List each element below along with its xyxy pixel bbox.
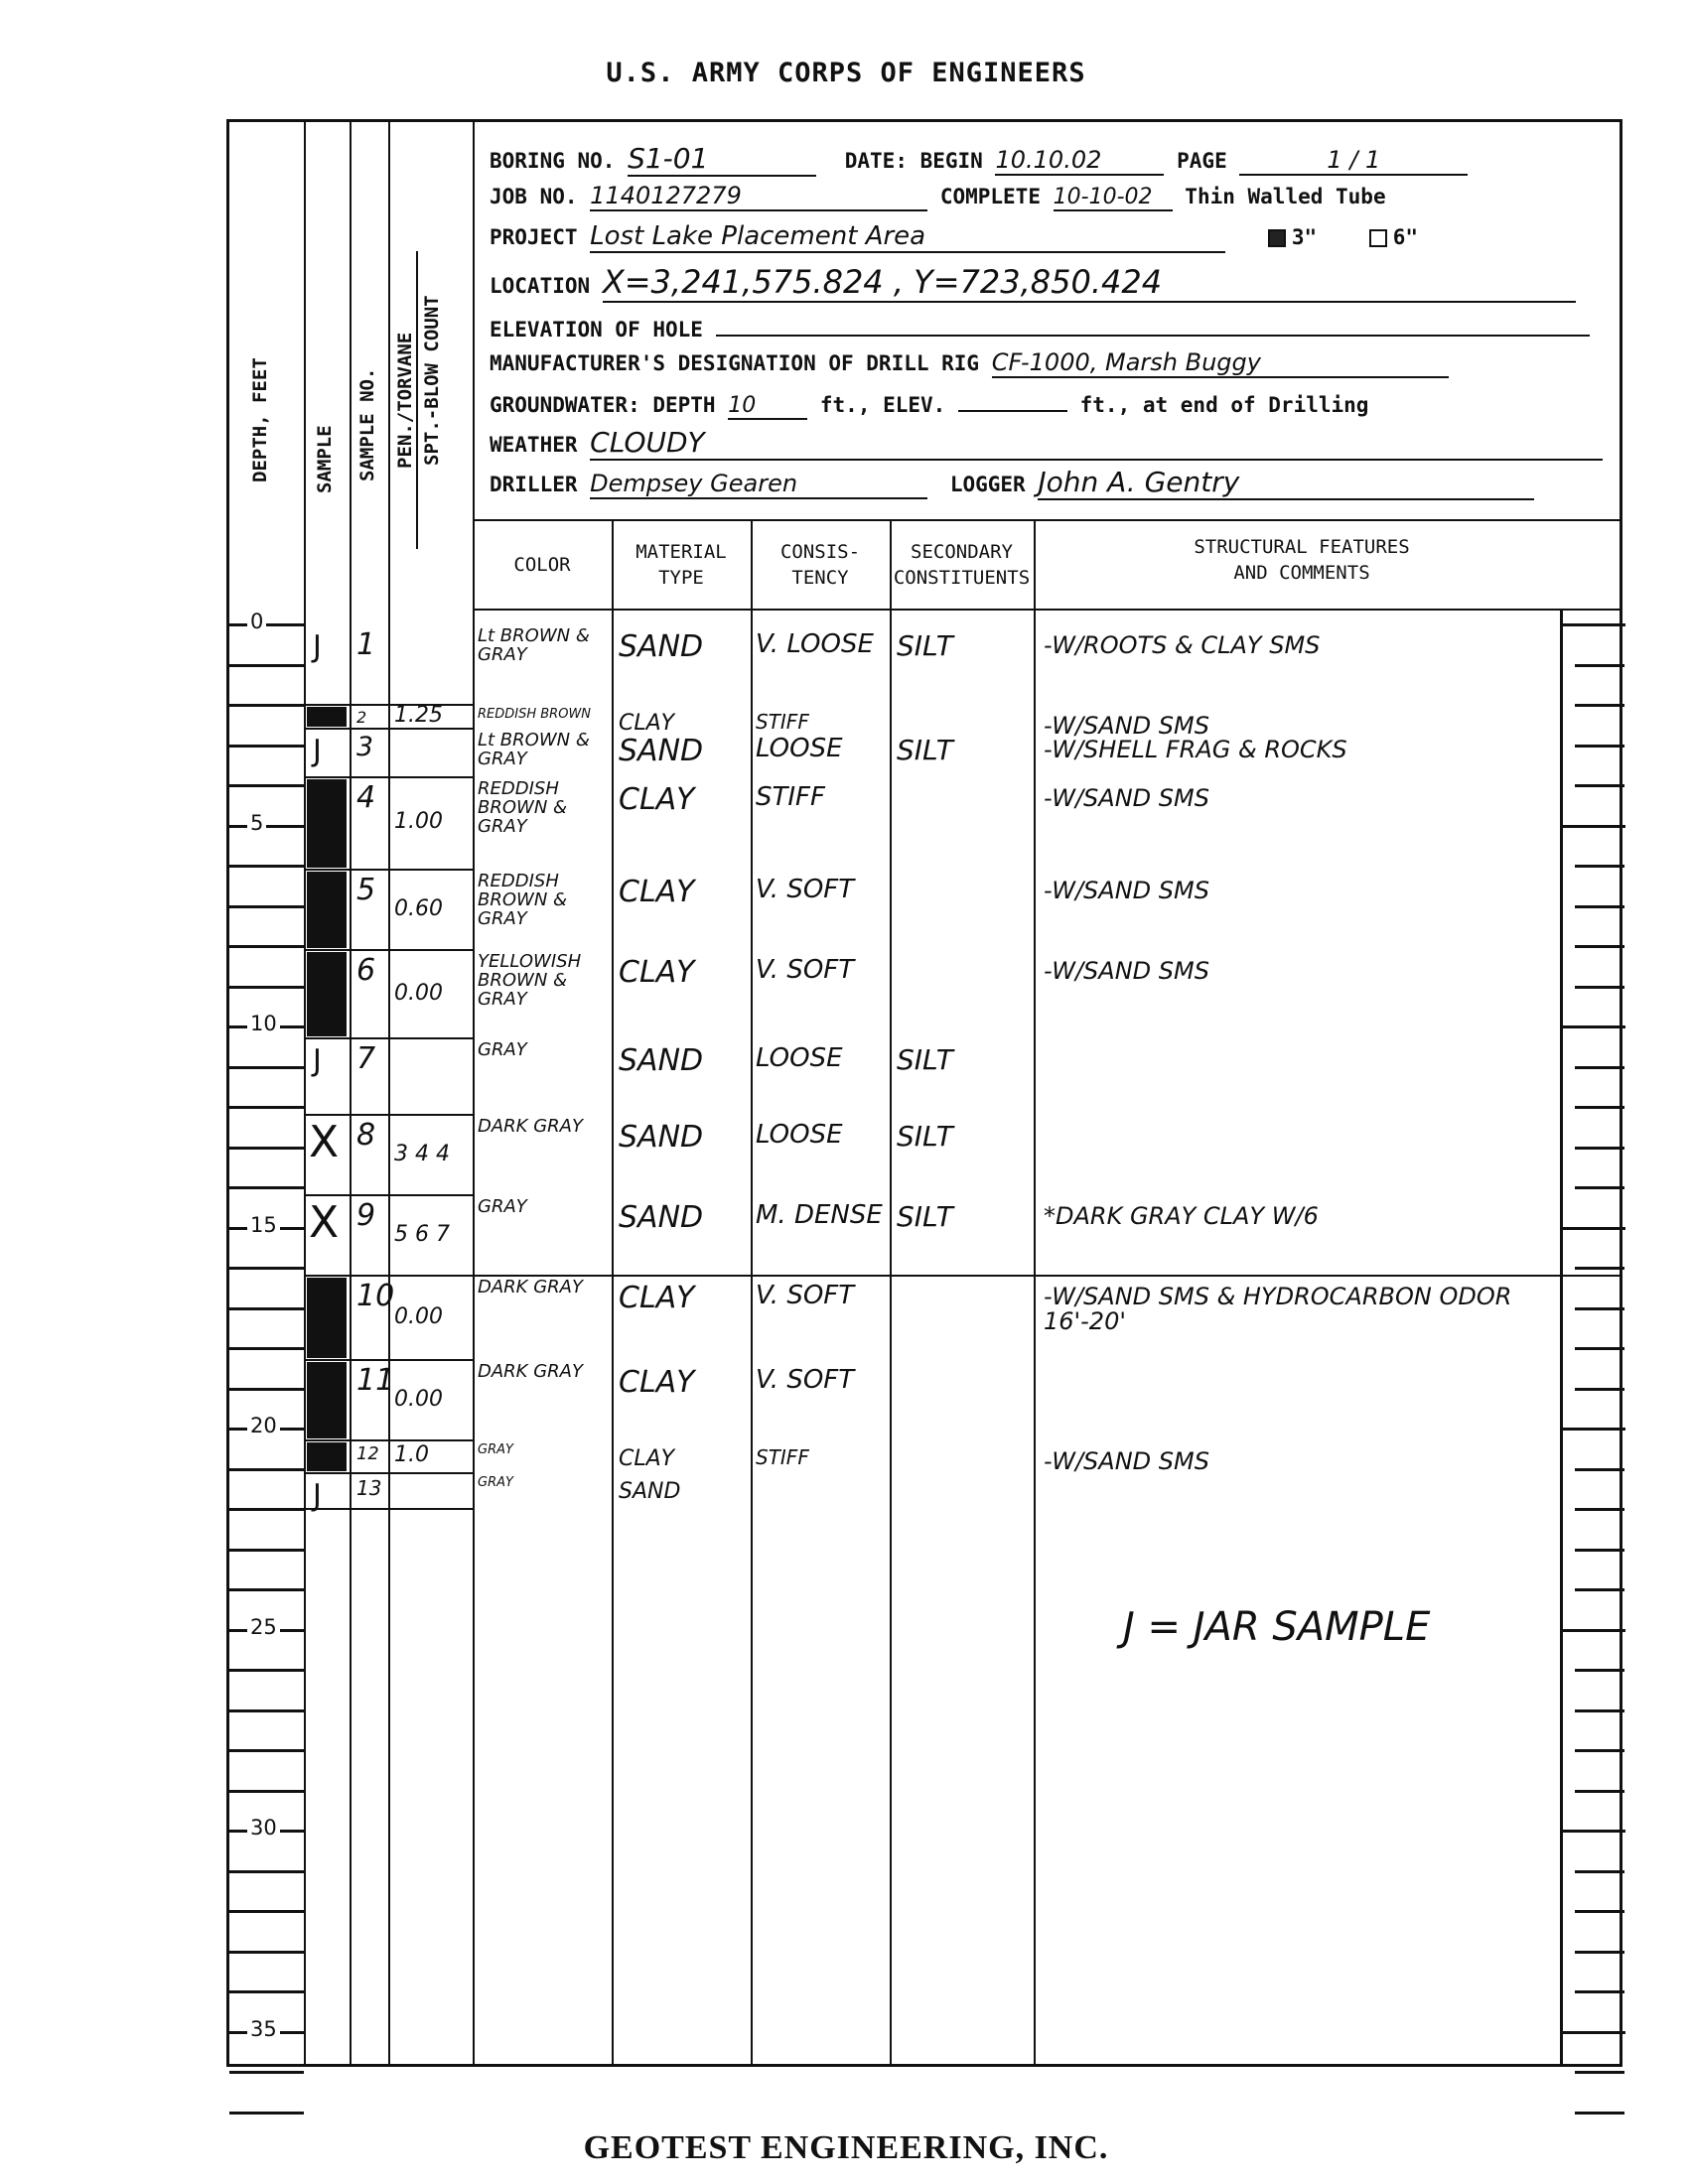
pen-value[interactable]: 0.00 (394, 1305, 443, 1328)
tube-sample-fill (307, 779, 347, 868)
consistency-header-line1: CONSIS- (780, 541, 860, 563)
sample-number[interactable]: 8 (356, 1120, 375, 1152)
color-value[interactable]: GRAY (478, 1443, 607, 1457)
secondary-header-line2: CONSTITUENTS (894, 567, 1030, 589)
sample-divider (304, 949, 473, 951)
color-value[interactable]: YELLOWISH BROWN & GRAY (478, 953, 607, 1010)
weather-value[interactable]: CLOUDY (590, 426, 1603, 461)
depth-label: 0 (247, 610, 266, 633)
color-header: COLOR (473, 552, 612, 578)
driller-label: DRILLER (490, 473, 578, 496)
consistency-value[interactable]: LOOSE (756, 1122, 843, 1149)
depth-tick (229, 1106, 304, 1109)
depth-tick-right (1575, 704, 1624, 707)
depth-tick (229, 784, 304, 787)
material-value[interactable]: SAND (619, 1480, 680, 1503)
depth-tick-right (1560, 1830, 1625, 1833)
weather-label: WEATHER (490, 433, 578, 457)
page-label: PAGE (1177, 149, 1227, 173)
structural-header-line2: AND COMMENTS (1233, 562, 1369, 584)
sample-number[interactable]: 5 (356, 875, 375, 906)
elevation-value[interactable] (716, 309, 1590, 337)
depth-tick (229, 905, 304, 908)
project-value[interactable]: Lost Lake Placement Area (590, 221, 1225, 253)
depth-tick (229, 1669, 304, 1672)
divider (890, 519, 892, 2064)
material-header: MATERIALTYPE (612, 539, 751, 591)
drill-rig-row: MANUFACTURER'S DESIGNATION OF DRILL RIG … (490, 348, 1449, 378)
sample-header: SAMPLE (314, 360, 336, 559)
depth-tick-right (1575, 1508, 1624, 1511)
structural-header: STRUCTURAL FEATURESAND COMMENTS (1034, 534, 1570, 586)
agency-title: U.S. ARMY CORPS OF ENGINEERS (0, 58, 1692, 88)
depth-tick-right (1575, 1669, 1624, 1672)
location-value[interactable]: X=3,241,575.824 , Y=723,850.424 (603, 263, 1576, 303)
tube-3in-label: 3" (1292, 225, 1317, 249)
sample-number[interactable]: 11 (356, 1365, 394, 1397)
depth-tick-right (1560, 1428, 1625, 1431)
comment-value[interactable]: -W/SAND SMS (1044, 879, 1550, 903)
depth-tick-right (1575, 1549, 1624, 1552)
depth-header: DEPTH, FEET (249, 271, 271, 569)
material-value[interactable]: SAND (619, 631, 703, 663)
tube-sample-fill (307, 1278, 347, 1358)
job-no-label: JOB NO. (490, 185, 578, 208)
sample-number[interactable]: 2 (356, 710, 366, 727)
sample-number[interactable]: 1 (356, 629, 375, 661)
depth-tick (229, 945, 304, 948)
depth-tick (229, 704, 304, 707)
sample-number[interactable]: 7 (356, 1043, 375, 1075)
depth-tick-right (1575, 2071, 1624, 2074)
consistency-value[interactable]: V. LOOSE (756, 631, 874, 658)
depth-tick-right (1575, 1147, 1624, 1150)
depth-tick-right (1575, 1870, 1624, 1873)
depth-tick (229, 1388, 304, 1391)
pen-value[interactable]: 3 4 4 (394, 1143, 450, 1165)
color-value[interactable]: GRAY (478, 1476, 607, 1490)
depth-tick (229, 664, 304, 667)
pen-value[interactable]: 0.00 (394, 982, 443, 1005)
depth-tick (229, 623, 304, 626)
depth-tick-right (1575, 1468, 1624, 1471)
depth-tick-right (1575, 1790, 1624, 1793)
pen-value[interactable]: 1.25 (394, 704, 443, 727)
project-label: PROJECT (490, 225, 578, 249)
depth-tick-right (1575, 945, 1624, 948)
sample-divider (304, 1439, 473, 1441)
consistency-value[interactable]: V. SOFT (756, 957, 854, 984)
sample-number[interactable]: 9 (356, 1200, 375, 1232)
groundwater-elev-label: ft., ELEV. (820, 393, 945, 417)
depth-tick-right (1575, 1910, 1624, 1913)
secondary-value[interactable]: SILT (897, 1045, 953, 1074)
consistency-value[interactable]: LOOSE (756, 736, 843, 762)
tube-6in-checkbox[interactable] (1369, 229, 1387, 247)
material-value[interactable]: SAND (619, 736, 703, 767)
depth-tick-right (1575, 1990, 1624, 1993)
comment-value[interactable]: -W/SHELL FRAG & ROCKS (1044, 738, 1550, 762)
depth-tick (229, 1347, 304, 1350)
boring-log-sheet: DEPTH, FEET SAMPLE SAMPLE NO. PEN./TORVA… (226, 119, 1622, 2067)
material-value[interactable]: SAND (619, 1122, 703, 1154)
boring-no-value[interactable]: S1-01 (628, 142, 816, 177)
consistency-value[interactable]: M. DENSE (756, 1202, 883, 1229)
driller-row: DRILLER Dempsey Gearen LOGGER John A. Ge… (490, 466, 1534, 500)
color-value[interactable]: REDDISH BROWN & GRAY (478, 780, 607, 837)
pen-value[interactable]: 1.00 (394, 810, 443, 833)
groundwater-depth-label: GROUNDWATER: DEPTH (490, 393, 716, 417)
divider (751, 519, 753, 2064)
tube-sample-fill (307, 1362, 347, 1438)
job-no-row: JOB NO. 1140127279 COMPLETE 10-10-02 Thi… (490, 182, 1386, 211)
depth-tick-right (1560, 1227, 1625, 1230)
sample-number[interactable]: 6 (356, 955, 375, 987)
sample-divider (304, 869, 473, 871)
color-value[interactable]: DARK GRAY (478, 1363, 607, 1382)
depth-tick-right (1575, 1388, 1624, 1391)
color-value[interactable]: Lt BROWN & GRAY (478, 732, 607, 769)
depth-label: 35 (247, 2017, 280, 2041)
secondary-value[interactable]: SILT (897, 1202, 953, 1231)
secondary-value[interactable]: SILT (897, 736, 953, 764)
color-value[interactable]: Lt BROWN & GRAY (478, 627, 607, 665)
depth-tick (229, 1588, 304, 1591)
secondary-header-line1: SECONDARY (911, 541, 1013, 563)
material-header-line1: MATERIAL (635, 541, 727, 563)
depth-tick-right (1575, 2112, 1624, 2115)
depth-label: 25 (247, 1615, 280, 1639)
depth-tick-right (1575, 1106, 1624, 1109)
depth-tick (229, 1709, 304, 1712)
sample-divider (304, 1472, 473, 1474)
pen-value[interactable]: 0.00 (394, 1388, 443, 1411)
depth-tick (229, 2112, 304, 2115)
divider (1034, 519, 1036, 2064)
depth-tick (229, 1990, 304, 1993)
consistency-value[interactable]: V. SOFT (756, 877, 854, 903)
consistency-header-line2: TENCY (791, 567, 848, 589)
material-value[interactable]: CLAY (619, 712, 674, 735)
jar-sample-marker: J (313, 1480, 322, 1512)
consistency-value[interactable]: STIFF (756, 1447, 809, 1468)
consistency-value[interactable]: STIFF (756, 712, 809, 733)
sample-number[interactable]: 13 (356, 1478, 382, 1499)
groundwater-elev-value[interactable] (958, 386, 1067, 412)
color-value[interactable]: REDDISH BROWN & GRAY (478, 873, 607, 929)
depth-tick-right (1575, 784, 1624, 787)
divider (612, 519, 614, 2064)
sample-divider (304, 1114, 473, 1116)
color-value[interactable]: DARK GRAY (478, 1279, 607, 1297)
depth-tick (229, 1870, 304, 1873)
depth-tick (229, 1186, 304, 1189)
depth-tick-right (1575, 1588, 1624, 1591)
spt-sample-marker: X (309, 1120, 339, 1165)
depth-tick-right (1575, 1066, 1624, 1069)
sample-divider (304, 1037, 473, 1039)
consistency-value[interactable]: V. SOFT (756, 1367, 854, 1394)
pen-torvane-header: PEN./TORVANE (394, 251, 418, 549)
consistency-value[interactable]: V. SOFT (756, 1283, 854, 1309)
jar-sample-marker: J (313, 1045, 322, 1077)
material-value[interactable]: CLAY (619, 784, 695, 816)
job-no-value[interactable]: 1140127279 (590, 182, 927, 211)
depth-tick-right (1575, 745, 1624, 748)
boring-no-label: BORING NO. (490, 149, 615, 173)
depth-label: 30 (247, 1816, 280, 1840)
depth-label: 20 (247, 1414, 280, 1437)
sample-divider (304, 1359, 473, 1361)
tube-3in-checkbox[interactable] (1268, 229, 1286, 247)
page-value[interactable]: 1 / 1 (1239, 146, 1468, 176)
depth-tick-right (1575, 1709, 1624, 1712)
sample-no-header: SAMPLE NO. (356, 301, 378, 549)
location-label: LOCATION (490, 274, 590, 298)
sample-number[interactable]: 10 (356, 1281, 394, 1312)
driller-value[interactable]: Dempsey Gearen (590, 470, 927, 499)
tube-sample-fill (307, 707, 347, 727)
jar-sample-marker: J (313, 736, 322, 767)
divider (473, 122, 475, 2064)
depth-tick (229, 1790, 304, 1793)
depth-label: 15 (247, 1213, 280, 1237)
sample-divider (304, 1194, 473, 1196)
depth-label: 10 (247, 1012, 280, 1035)
comment-value[interactable]: *DARK GRAY CLAY W/6 (1044, 1204, 1550, 1229)
material-value[interactable]: CLAY (619, 1283, 695, 1314)
weather-row: WEATHER CLOUDY (490, 426, 1603, 461)
consistency-header: CONSIS-TENCY (751, 539, 890, 591)
sample-divider (304, 728, 473, 730)
color-value[interactable]: GRAY (478, 1198, 607, 1217)
color-value[interactable]: GRAY (478, 1041, 607, 1060)
secondary-header: SECONDARYCONSTITUENTS (890, 539, 1034, 591)
sample-divider (304, 1275, 473, 1277)
groundwater-end-label: ft., at end of Drilling (1080, 393, 1369, 417)
sample-number[interactable]: 4 (356, 782, 375, 814)
comment-value[interactable]: -W/SAND SMS & HYDROCARBON ODOR 16'-20' (1044, 1285, 1550, 1334)
depth-tick-right (1560, 2031, 1625, 2034)
date-begin-label: DATE: BEGIN (845, 149, 983, 173)
sample-divider (304, 704, 473, 706)
depth-tick (229, 1066, 304, 1069)
color-value[interactable]: DARK GRAY (478, 1118, 607, 1137)
depth-tick-right (1575, 664, 1624, 667)
divider (350, 122, 352, 2064)
color-value[interactable]: REDDISH BROWN (478, 708, 607, 722)
depth-tick (229, 825, 304, 828)
comment-value[interactable]: -W/SAND SMS (1044, 1449, 1550, 1474)
divider (304, 122, 306, 2064)
elevation-label: ELEVATION OF HOLE (490, 318, 703, 341)
material-value[interactable]: CLAY (619, 877, 695, 908)
depth-tick (229, 1267, 304, 1270)
jar-sample-marker: J (313, 631, 322, 663)
layer-boundary (473, 1275, 1620, 1277)
depth-tick (229, 1468, 304, 1471)
depth-tick-right (1575, 905, 1624, 908)
sample-number[interactable]: 12 (356, 1445, 379, 1464)
pen-value[interactable]: 0.60 (394, 897, 443, 920)
consistency-value[interactable]: LOOSE (756, 1045, 843, 1072)
material-header-line2: TYPE (658, 567, 704, 589)
logger-label: LOGGER (950, 473, 1026, 496)
depth-tick (229, 1749, 304, 1752)
depth-tick-right (1575, 1307, 1624, 1310)
logger-value[interactable]: John A. Gentry (1038, 466, 1534, 500)
material-value[interactable]: CLAY (619, 1447, 674, 1470)
depth-tick-right (1560, 1629, 1625, 1632)
location-row: LOCATION X=3,241,575.824 , Y=723,850.424 (490, 263, 1576, 303)
depth-tick-right (1575, 986, 1624, 989)
structural-header-line1: STRUCTURAL FEATURES (1194, 536, 1409, 558)
depth-tick (229, 1147, 304, 1150)
secondary-value[interactable]: SILT (897, 631, 953, 660)
sample-number[interactable]: 3 (356, 734, 373, 761)
material-value[interactable]: CLAY (619, 1367, 695, 1399)
material-value[interactable]: SAND (619, 1045, 703, 1077)
info-divider (473, 519, 1620, 521)
depth-tick (229, 1307, 304, 1310)
consistency-value[interactable]: STIFF (756, 784, 825, 811)
sample-divider (304, 1508, 473, 1510)
sample-divider (304, 776, 473, 778)
drill-rig-label: MANUFACTURER'S DESIGNATION OF DRILL RIG (490, 351, 979, 375)
material-value[interactable]: SAND (619, 1202, 703, 1234)
comment-value[interactable]: -W/ROOTS & CLAY SMS (1044, 633, 1550, 658)
depth-tick (229, 745, 304, 748)
depth-tick-right (1560, 825, 1625, 828)
groundwater-row: GROUNDWATER: DEPTH 10 ft., ELEV. ft., at… (490, 386, 1368, 420)
depth-tick (229, 1910, 304, 1913)
pen-value[interactable]: 1.0 (394, 1443, 429, 1466)
depth-tick-right (1560, 623, 1625, 626)
depth-tick-right (1575, 1749, 1624, 1752)
sampler-label: Thin Walled Tube (1185, 185, 1385, 208)
depth-tick (229, 1951, 304, 1954)
tube-sample-fill (307, 1442, 347, 1470)
drill-rig-value[interactable]: CF-1000, Marsh Buggy (992, 348, 1449, 378)
depth-tick-right (1575, 865, 1624, 868)
tube-6in-label: 6" (1393, 225, 1418, 249)
project-row: PROJECT Lost Lake Placement Area 3" 6" (490, 221, 1418, 253)
depth-tick-right (1575, 1186, 1624, 1189)
boring-no-row: BORING NO. S1-01 DATE: BEGIN 10.10.02 PA… (490, 142, 1468, 177)
pen-value[interactable]: 5 6 7 (394, 1223, 450, 1246)
depth-tick-right (1575, 1347, 1624, 1350)
tube-sample-fill (307, 872, 347, 948)
material-value[interactable]: CLAY (619, 957, 695, 989)
comment-value[interactable]: -W/SAND SMS (1044, 786, 1550, 811)
groundwater-depth-value[interactable]: 10 (728, 393, 807, 420)
divider (388, 122, 390, 2064)
depth-tick-right (1575, 1951, 1624, 1954)
complete-label: COMPLETE (940, 185, 1041, 208)
header-divider (473, 609, 1620, 611)
spt-sample-marker: X (309, 1200, 339, 1246)
legend-note: J = JAR SAMPLE (1123, 1606, 1430, 1648)
footer-company: GEOTEST ENGINEERING, INC. (0, 2129, 1692, 2167)
secondary-value[interactable]: SILT (897, 1122, 953, 1151)
depth-tick (229, 865, 304, 868)
tube-sample-fill (307, 952, 347, 1036)
depth-tick (229, 1508, 304, 1511)
date-begin-value[interactable]: 10.10.02 (995, 146, 1164, 176)
elevation-row: ELEVATION OF HOLE (490, 309, 1590, 341)
depth-tick-right (1575, 1267, 1624, 1270)
complete-value[interactable]: 10-10-02 (1054, 185, 1173, 211)
depth-tick-right (1560, 1025, 1625, 1028)
depth-tick (229, 986, 304, 989)
spt-header: SPT.-BLOW COUNT (421, 211, 443, 549)
comment-value[interactable]: -W/SAND SMS (1044, 959, 1550, 984)
depth-tick (229, 1549, 304, 1552)
depth-label: 5 (247, 811, 266, 835)
depth-tick (229, 2071, 304, 2074)
